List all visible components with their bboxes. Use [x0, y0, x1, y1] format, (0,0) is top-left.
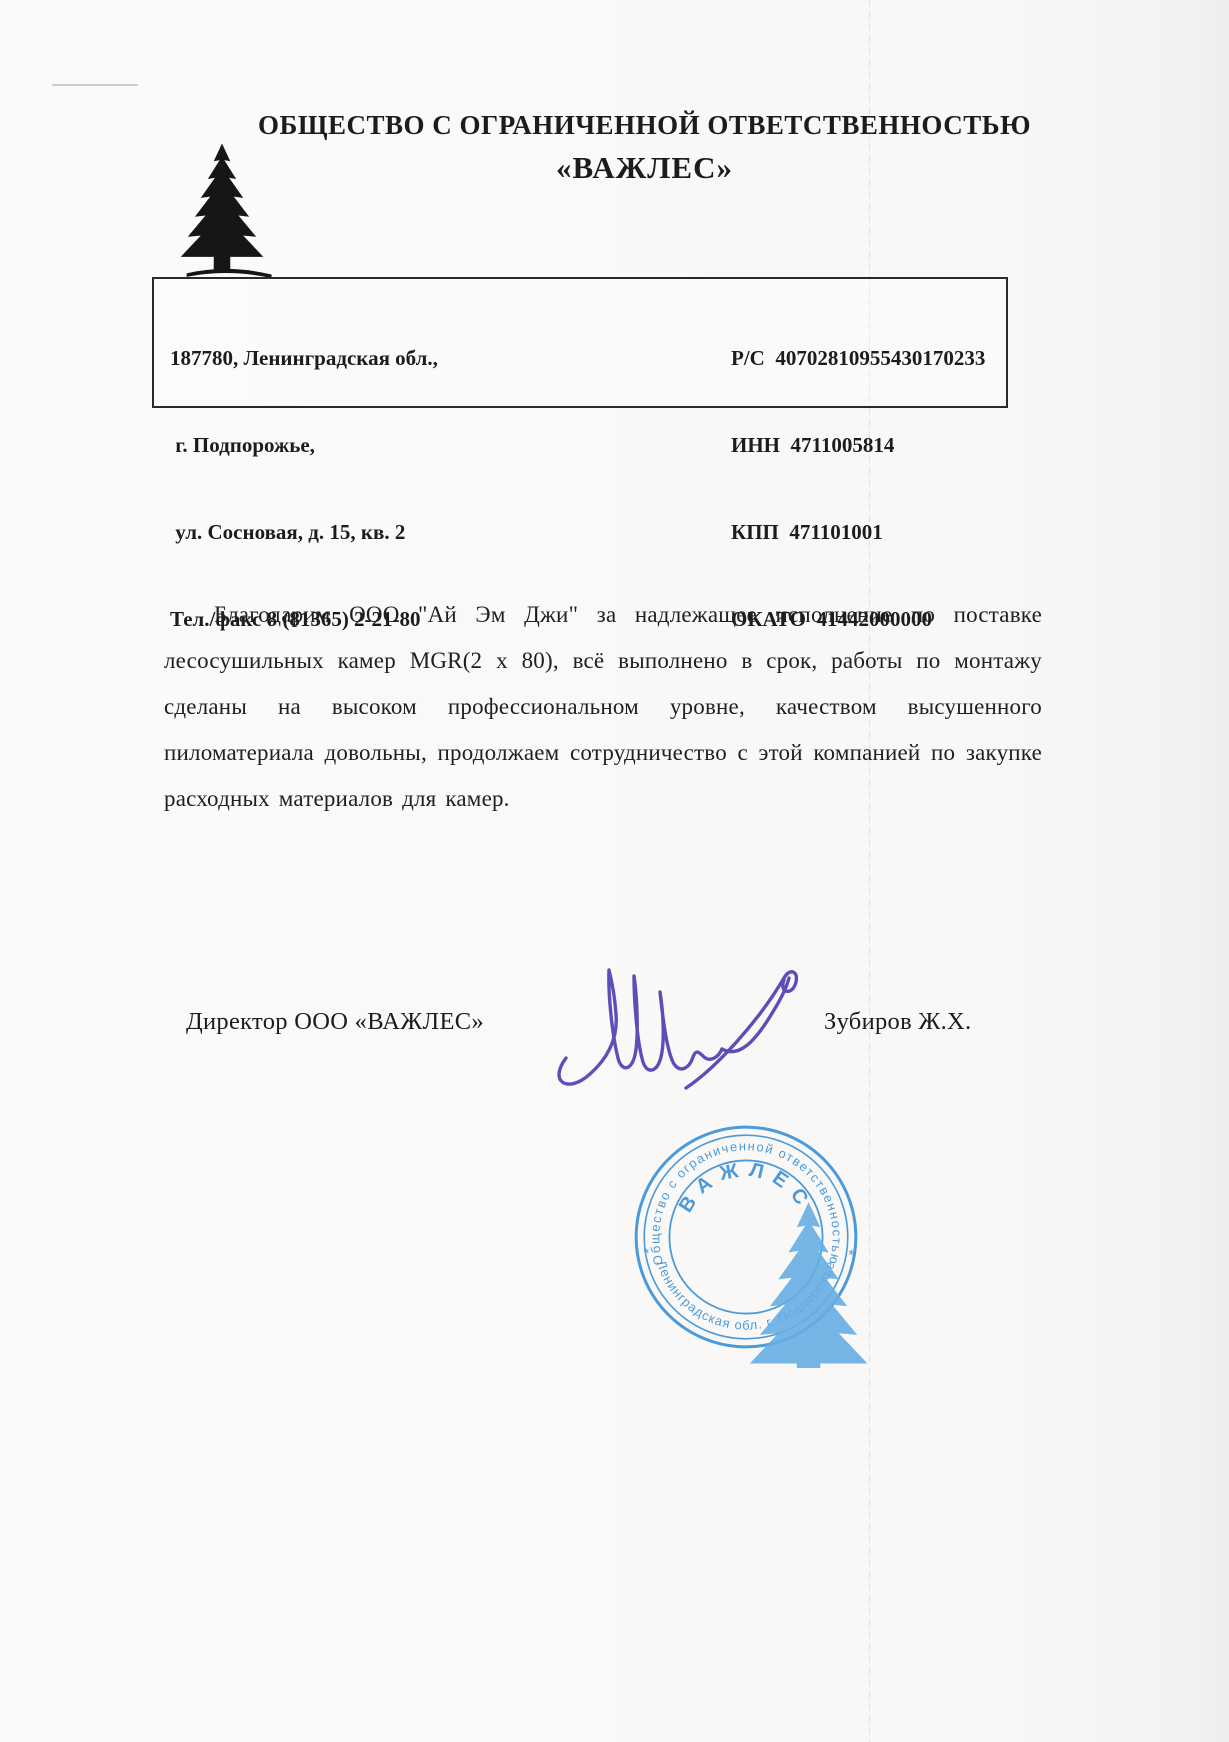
requisites-box: 187780, Ленинградская обл., г. Подпорожь… [152, 277, 1008, 408]
director-position-label: Директор ООО «ВАЖЛЕС» [186, 1008, 484, 1036]
bank-line: Р/С 40702810955430170233 [731, 344, 985, 373]
address-line: 187780, Ленинградская обл., [170, 344, 438, 373]
scan-artifact-mark [52, 84, 138, 86]
company-stamp: Общество с ограниченной ответственностью… [615, 1106, 877, 1368]
bank-line: ИНН 4711005814 [731, 431, 985, 460]
handwritten-signature [546, 948, 798, 1113]
letterhead: ОБЩЕСТВО С ОГРАНИЧЕННОЙ ОТВЕТСТВЕННОСТЬЮ… [0, 110, 1229, 186]
org-type-title: ОБЩЕСТВО С ОГРАНИЧЕННОЙ ОТВЕТСТВЕННОСТЬЮ [0, 110, 1229, 141]
address-line: ул. Сосновая, д. 15, кв. 2 [170, 518, 438, 547]
signature-stroke-cross [686, 972, 796, 1088]
org-name-title: «ВАЖЛЕС» [0, 150, 1229, 186]
bank-line: КПП 471101001 [731, 518, 985, 547]
scanned-letter-page: ОБЩЕСТВО С ОГРАНИЧЕННОЙ ОТВЕТСТВЕННОСТЬЮ… [0, 0, 1229, 1742]
address-line: г. Подпорожье, [170, 431, 438, 460]
letter-body-paragraph: Благодарим ООО "Ай Эм Джи" за надлежащее… [164, 592, 1042, 822]
scan-fold-line [869, 0, 870, 1742]
signature-stroke-main [559, 970, 722, 1084]
signer-name: Зубиров Ж.Х. [824, 1008, 971, 1036]
